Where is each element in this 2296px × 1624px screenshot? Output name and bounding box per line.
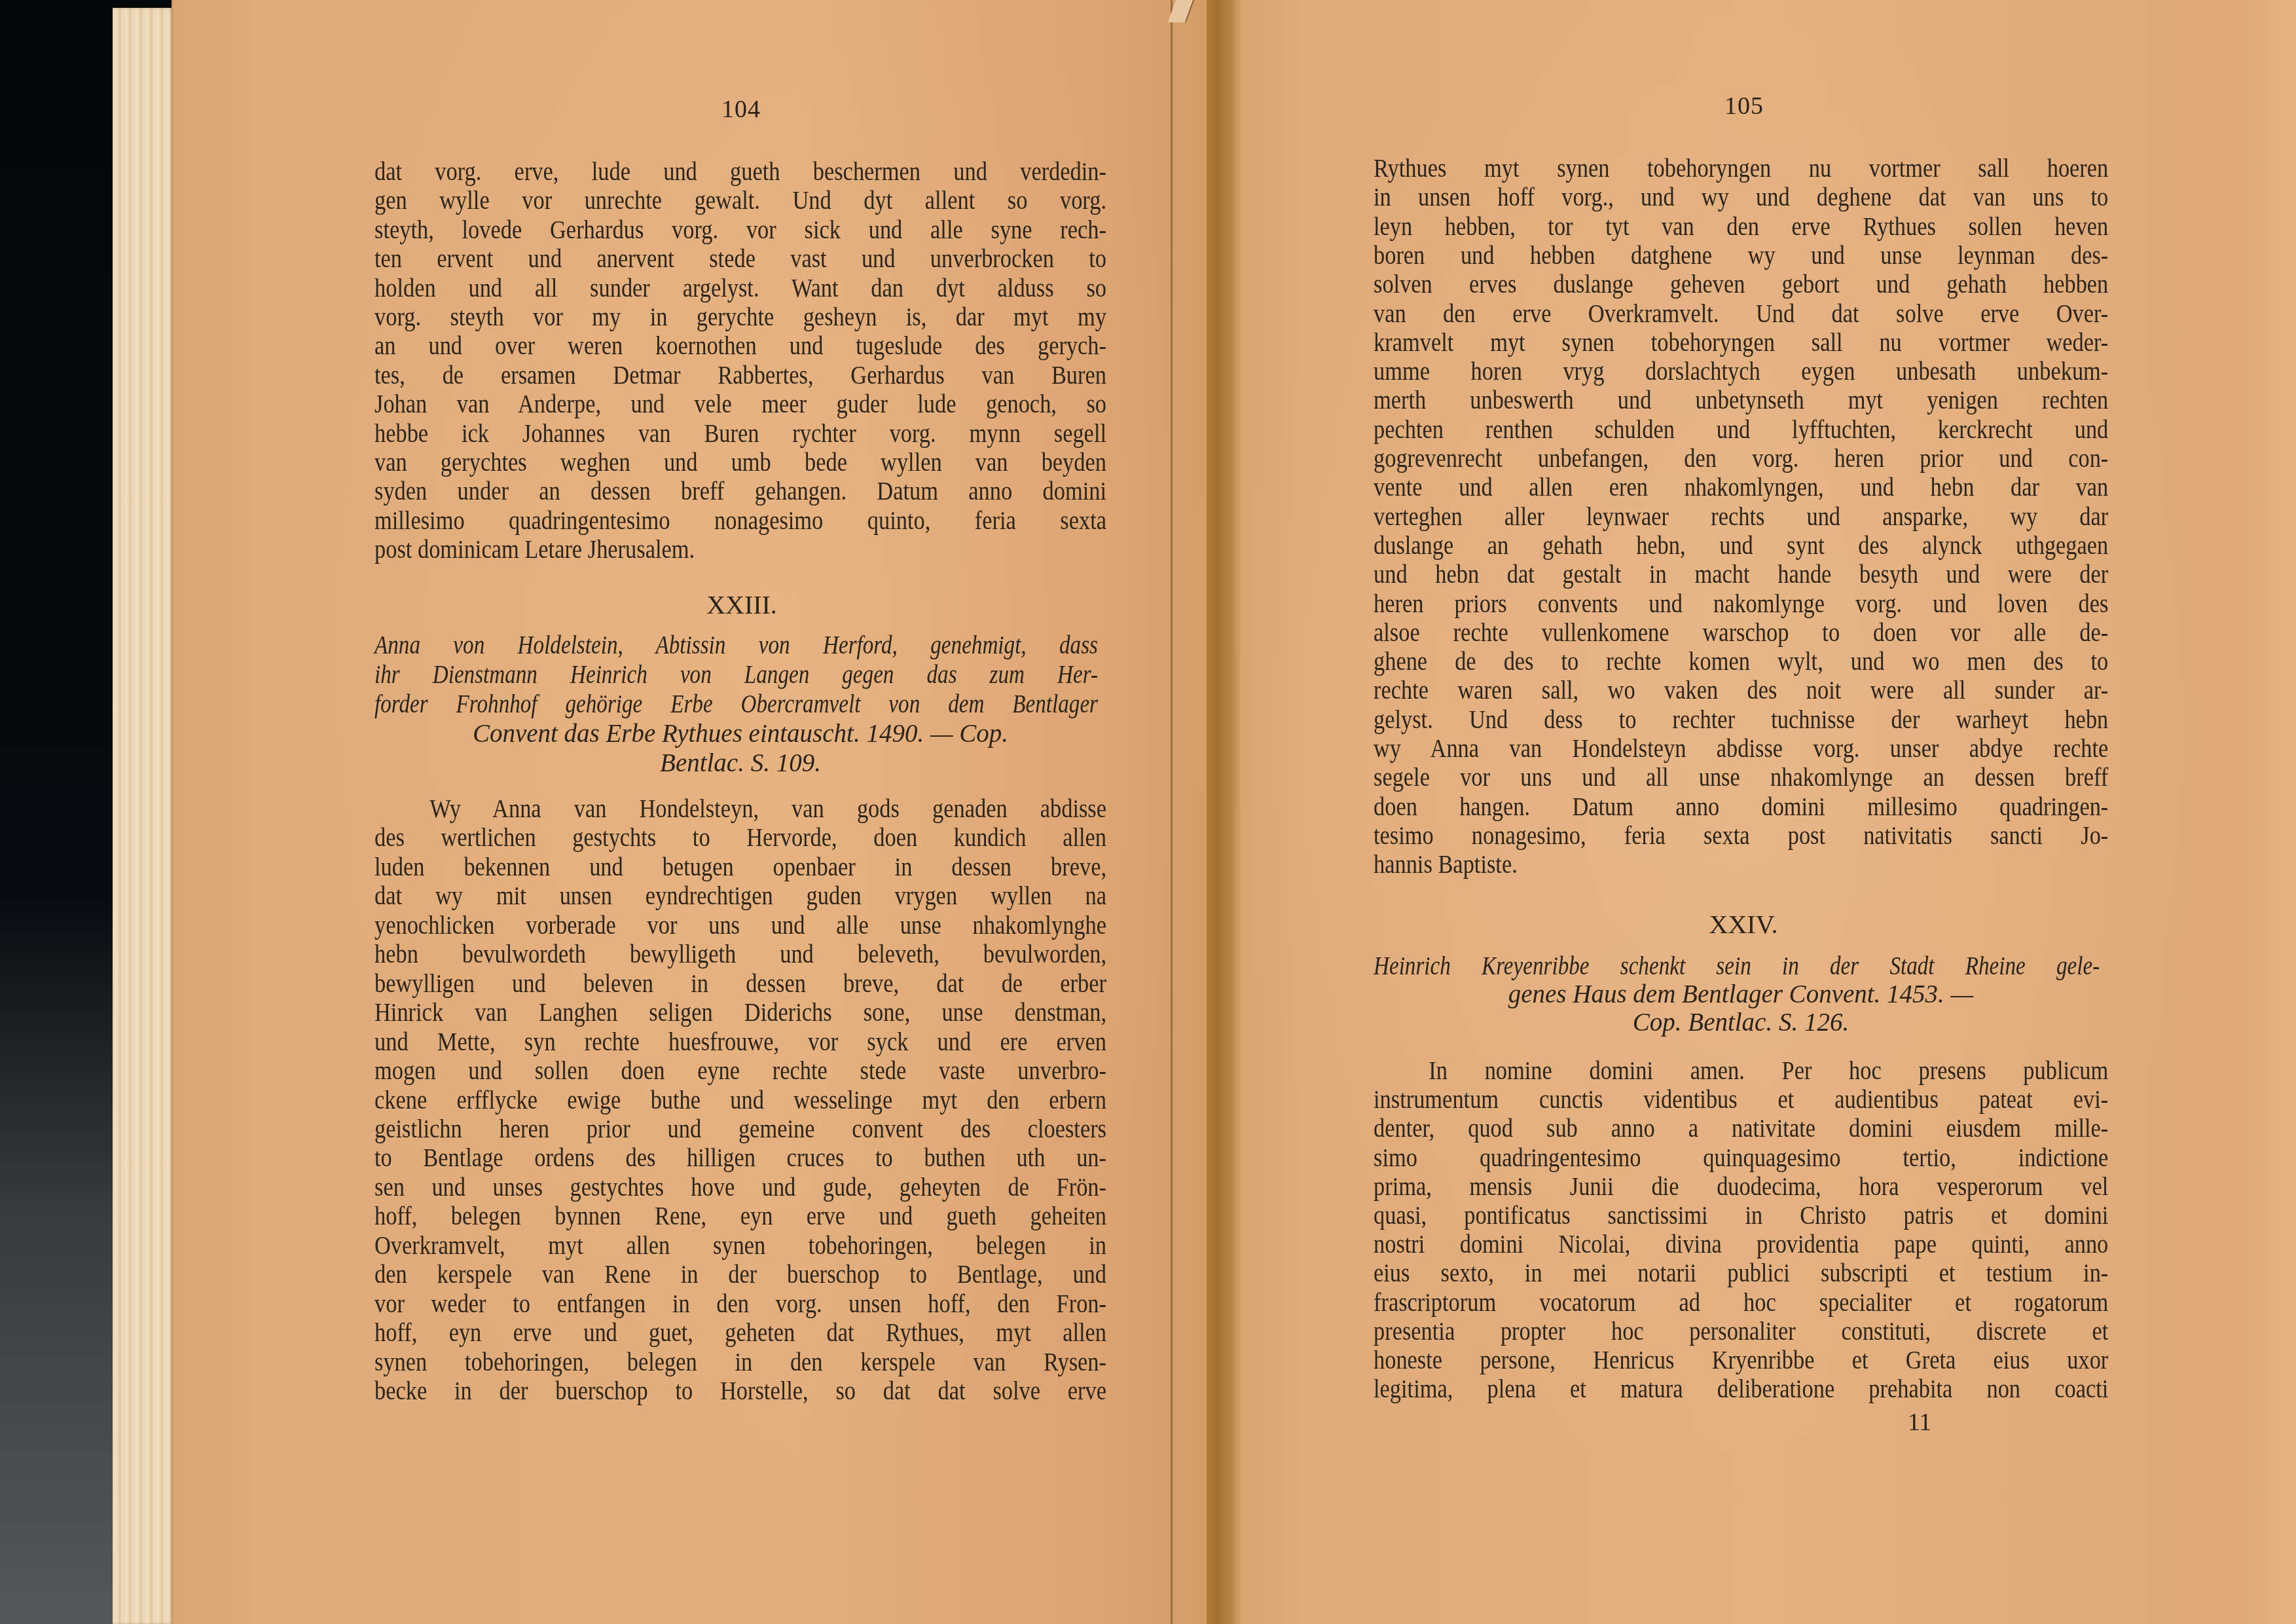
page-number-left: 104 xyxy=(721,95,761,124)
text-line: van gerychtes weghen und umb bede wyllen… xyxy=(374,448,1106,477)
text-line: verteghen aller leynwaer rechts und ansp… xyxy=(1374,502,2108,531)
text-line: luden bekennen und betugen openbaer in d… xyxy=(374,853,1106,881)
text-line: vente und allen eren nhakomlyngen, und h… xyxy=(1374,473,2108,502)
text-line: hebbe ick Johannes van Buren rychter vor… xyxy=(374,419,1106,448)
text-line: Heinrich Kreyenribbe schenkt sein in der… xyxy=(1374,952,2100,981)
text-line: quasi, pontificatus sanctissimi in Chris… xyxy=(1374,1201,2108,1230)
page-number-right: 105 xyxy=(1724,92,1764,120)
text-line: genes Haus dem Bentlager Convent. 1453. … xyxy=(1374,980,2108,1009)
text-line: nostri domini Nicolai, divina providenti… xyxy=(1374,1230,2108,1259)
book-gutter xyxy=(1207,0,1241,1624)
text-line: ihr Dienstmann Heinrich von Langen gegen… xyxy=(374,661,1098,690)
text-line: forder Frohnhof gehörige Erbe Obercramve… xyxy=(374,690,1098,719)
text-line: segele vor uns und all unse nhakomlynge … xyxy=(1374,763,2108,792)
text-line: und hebn dat gestalt in macht hande besy… xyxy=(1374,560,2108,589)
text-line: vor weder to entfangen in den vorg. unse… xyxy=(374,1289,1106,1318)
text-line: simo quadringentesimo quinquagesimo tert… xyxy=(1374,1143,2108,1172)
text-line: solven erves duslange geheven gebort und… xyxy=(1374,270,2108,299)
text-line: steyth, lovede Gerhardus vorg. vor sick … xyxy=(374,215,1106,244)
text-line: vorg. steyth vor my in gerychte gesheyn … xyxy=(374,303,1106,331)
text-line: hoff, eyn erve und guet, geheten dat Ryt… xyxy=(374,1318,1106,1347)
text-line: den kerspele van Rene in der buerschop t… xyxy=(374,1260,1106,1289)
text-line: holden und all sunder argelyst. Want dan… xyxy=(374,274,1106,303)
text-line: Convent das Erbe Rythues eintauscht. 149… xyxy=(374,720,1106,748)
text-line: umme horen vryg dorslachtych eygen unbes… xyxy=(1374,357,2108,386)
text-line: legitima, plena et matura deliberatione … xyxy=(1374,1375,2108,1403)
text-line: ten ervent und anervent stede vast und u… xyxy=(374,244,1106,273)
text-line: gen wylle vor unrechte gewalt. Und dyt a… xyxy=(374,186,1106,215)
text-line: leyn hebben, tor tyt van den erve Rythue… xyxy=(1374,212,2108,241)
text-line: Bentlac. S. 109. xyxy=(374,749,1106,778)
text-line: In nomine domini amen. Per hoc presens p… xyxy=(1374,1056,2108,1085)
text-line: boren und hebben datghene wy und unse le… xyxy=(1374,241,2108,270)
text-line: denter, quod sub anno a nativitate domin… xyxy=(1374,1114,2108,1143)
text-line: des wertlichen gestychts to Hervorde, do… xyxy=(374,823,1106,852)
text-line: Johan van Anderpe, und vele meer guder l… xyxy=(374,390,1106,418)
text-line: tesimo nonagesimo, feria sexta post nati… xyxy=(1374,821,2108,850)
text-line: gelyst. Und dess to rechter tuchnisse de… xyxy=(1374,705,2108,734)
text-line: wy Anna van Hondelsteyn abdisse vorg. un… xyxy=(1374,734,2108,763)
text-line: gogrevenrecht unbefangen, den vorg. here… xyxy=(1374,444,2108,473)
text-line: doen hangen. Datum anno domini millesimo… xyxy=(1374,792,2108,821)
text-line: frascriptorum vocatorum ad hoc specialit… xyxy=(1374,1288,2108,1317)
text-line: duslange an gehath hebn, und synt des al… xyxy=(1374,531,2108,560)
text-line: kramvelt myt synen tobehoryngen sall nu … xyxy=(1374,328,2108,357)
text-line: eius sexto, in mei notarii publici subsc… xyxy=(1374,1259,2108,1287)
text-line: ghene de des to rechte komen wylt, und w… xyxy=(1374,647,2108,676)
text-line: geistlichn heren prior und gemeine conve… xyxy=(374,1115,1106,1143)
text-line: honeste persone, Henricus Kryenribbe et … xyxy=(1374,1346,2108,1375)
text-line: Cop. Bentlac. S. 126. xyxy=(1374,1008,2108,1037)
text-line: presentia propter hoc personaliter const… xyxy=(1374,1317,2108,1346)
text-line: merth unbeswerth und unbetynseth myt yen… xyxy=(1374,386,2108,415)
text-line: hannis Baptiste. xyxy=(1374,850,2108,879)
text-line: van den erve Overkramvelt. Und dat solve… xyxy=(1374,299,2108,328)
text-line: an und over weren koernothen und tugeslu… xyxy=(374,331,1106,360)
text-line: pechten renthen schulden und lyfftuchten… xyxy=(1374,415,2108,444)
text-line: heren priors convents und nakomlynge vor… xyxy=(1374,589,2108,618)
text-line: hoff, belegen bynnen Rene, eyn erve und … xyxy=(374,1202,1106,1230)
text-line: dat vorg. erve, lude und gueth bescherme… xyxy=(374,157,1106,186)
text-line: tes, de ersamen Detmar Rabbertes, Gerhar… xyxy=(374,361,1106,390)
text-line: bewylligen und beleven in dessen breve, … xyxy=(374,969,1106,998)
text-line: Rythues myt synen tobehoryngen nu vortme… xyxy=(1374,154,2108,183)
text-line: becke in der buerschop to Horstelle, so … xyxy=(374,1376,1106,1405)
text-line: Overkramvelt, myt allen synen tobehoring… xyxy=(374,1231,1106,1260)
text-line: sen und unses gestychtes hove und gude, … xyxy=(374,1173,1106,1202)
signature-mark: 11 xyxy=(1908,1408,1932,1437)
text-line: dat wy mit unsen eyndrechtigen guden vry… xyxy=(374,881,1106,910)
section-number-xxiv: XXIV. xyxy=(1709,909,1778,940)
text-line: post dominicam Letare Jherusalem. xyxy=(374,535,1106,564)
text-line: ckene erfflycke ewige buthe und wesselin… xyxy=(374,1086,1106,1115)
text-line: Anna von Holdelstein, Abtissin von Herfo… xyxy=(374,631,1098,660)
text-line: synen tobehoringen, belegen in den kersp… xyxy=(374,1348,1106,1376)
text-line: millesimo quadringentesimo nonagesimo qu… xyxy=(374,506,1106,535)
text-line: und Mette, syn rechte huesfrouwe, vor sy… xyxy=(374,1027,1106,1056)
text-line: hebn bevulwordeth bewylligeth und beleve… xyxy=(374,940,1106,969)
page-fold-line xyxy=(1171,0,1173,1624)
text-line: alsoe rechte vullenkomene warschop to do… xyxy=(1374,618,2108,647)
text-line: instrumentum cunctis videntibus et audie… xyxy=(1374,1085,2108,1114)
text-line: mogen und sollen doen eyne rechte stede … xyxy=(374,1056,1106,1085)
text-line: Wy Anna van Hondelsteyn, van gods genade… xyxy=(374,794,1106,823)
text-line: rechte waren sall, wo vaken des noit wer… xyxy=(1374,676,2108,705)
text-line: syden under an dessen breff gehangen. Da… xyxy=(374,477,1106,506)
text-line: Hinrick van Langhen seligen Diderichs so… xyxy=(374,998,1106,1027)
section-number-xxiii: XXIII. xyxy=(706,589,777,620)
text-line: to Bentlage ordens des hilligen cruces t… xyxy=(374,1143,1106,1172)
book-page-edges xyxy=(113,8,173,1624)
text-line: in unsen hoff vorg., und wy und deghene … xyxy=(1374,183,2108,212)
text-line: yenochlicken vorberade vor uns und alle … xyxy=(374,911,1106,940)
text-line: prima, mensis Junii die duodecima, hora … xyxy=(1374,1172,2108,1201)
